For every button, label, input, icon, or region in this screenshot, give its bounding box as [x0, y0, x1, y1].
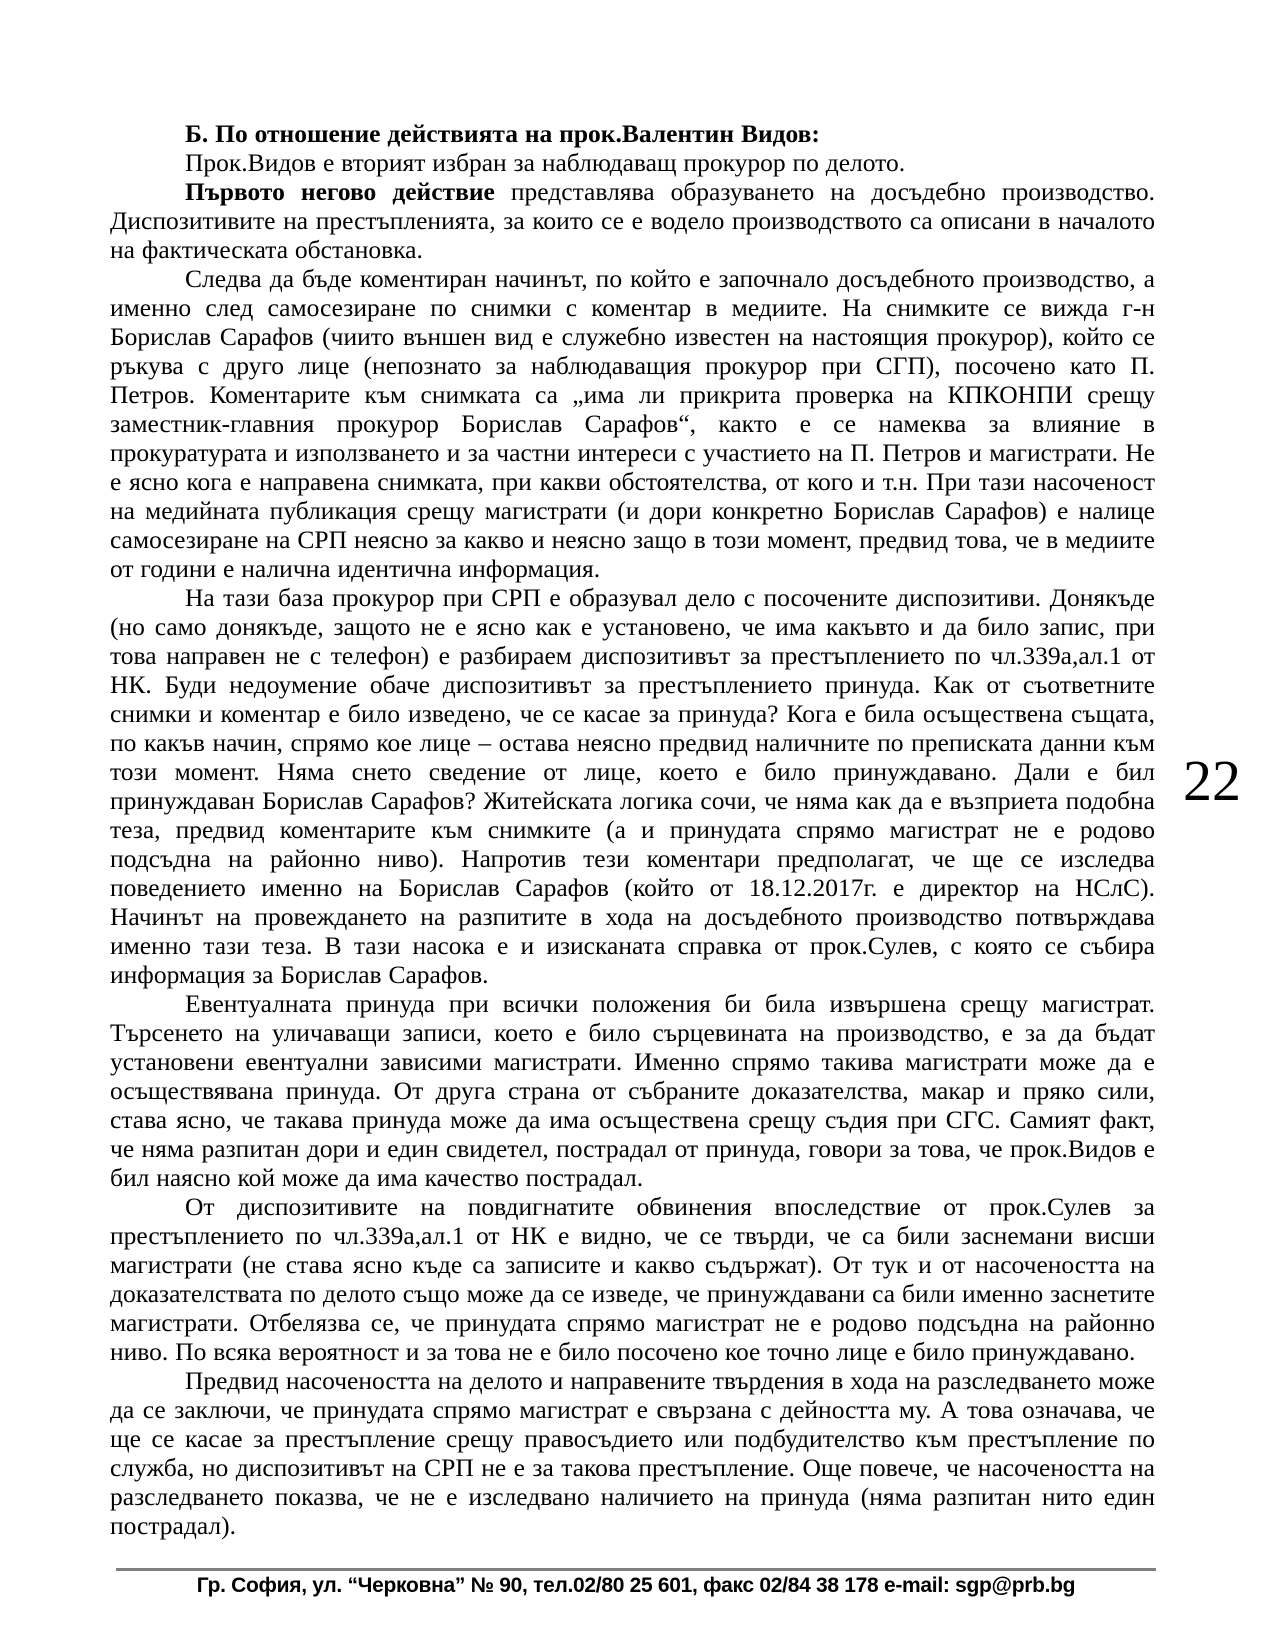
section-heading: Б. По отношение действията на прок.Вален…: [110, 119, 1155, 148]
document-page: 22 Б. По отношение действията на прок.Ва…: [0, 0, 1275, 1650]
body-paragraph: Предвид насочеността на делото и направе…: [110, 1366, 1155, 1540]
first-action-paragraph: Първото негово действие представлява обр…: [110, 177, 1155, 264]
document-body: Б. По отношение действията на прок.Вален…: [110, 119, 1155, 1540]
footer-divider: [116, 1568, 1156, 1571]
body-paragraph: На тази база прокурор при СРП е образува…: [110, 583, 1155, 989]
body-paragraph: Евентуалната принуда при всички положени…: [110, 989, 1155, 1192]
body-paragraph: От диспозитивите на повдигнатите обвинен…: [110, 1192, 1155, 1366]
intro-paragraph: Прок.Видов е вторият избран за наблюдава…: [110, 148, 1155, 177]
first-action-bold-lead: Първото негово действие: [185, 177, 495, 206]
page-number: 22: [1183, 750, 1241, 812]
body-paragraph: Следва да бъде коментиран начинът, по ко…: [110, 264, 1155, 583]
footer-address: Гр. София, ул. “Черковна” № 90, тел.02/8…: [116, 1574, 1156, 1598]
